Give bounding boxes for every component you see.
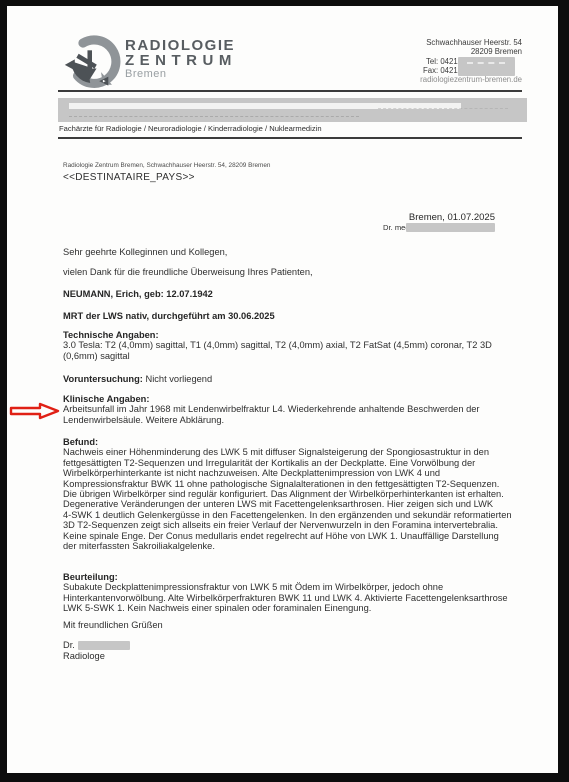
section-assessment: Beurteilung: Subakute Deckplattenimpress… xyxy=(63,572,523,614)
clinic-logo-icon xyxy=(63,34,121,92)
clinic-name-line1: RADIOLOGIE xyxy=(125,38,237,53)
closing-line: Mit freundlichen Grüßen xyxy=(63,620,163,630)
sender-return-address: Radiologie Zentrum Bremen, Schwachhauser… xyxy=(63,162,270,169)
header-rule-top xyxy=(58,90,522,92)
clinic-city: Bremen xyxy=(125,68,237,80)
section-technical-heading: Technische Angaben: xyxy=(63,330,515,340)
section-clinical-heading: Klinische Angaben: xyxy=(63,394,515,404)
section-assessment-body: Subakute Deckplattenimpressionsfraktur v… xyxy=(63,582,523,613)
section-prior-exam-heading: Voruntersuchung: xyxy=(63,374,143,384)
specialists-line: Fachärzte für Radiologie / Neuroradiolog… xyxy=(59,124,322,133)
section-findings-heading: Befund: xyxy=(63,437,523,447)
patient-line: NEUMANN, Erich, geb: 12.07.1942 xyxy=(63,289,213,299)
section-findings-body: Nachweis einer Höhenminderung des LWK 5 … xyxy=(63,447,523,551)
signature-prefix: Dr. xyxy=(63,640,75,650)
section-technical-body: 3.0 Tesla: T2 (4,0mm) sagittal, T1 (4,0m… xyxy=(63,340,515,361)
section-clinical-body: Arbeitsunfall im Jahr 1968 mit Lendenwir… xyxy=(63,404,515,425)
clinic-wordmark: RADIOLOGIE ZENTRUM Bremen xyxy=(125,38,237,80)
section-findings: Befund: Nachweis einer Höhenminderung de… xyxy=(63,437,523,551)
section-clinical: Klinische Angaben: Arbeitsunfall im Jahr… xyxy=(63,394,515,425)
clinic-name-line2: ZENTRUM xyxy=(125,53,237,68)
address-city: 28209 Bremen xyxy=(327,47,522,56)
thanks-line: vielen Dank für die freundliche Überweis… xyxy=(63,267,313,277)
phone-number-redaction xyxy=(458,57,515,76)
section-technical: Technische Angaben: 3.0 Tesla: T2 (4,0mm… xyxy=(63,330,515,361)
section-prior-exam-value: Nicht vorliegend xyxy=(145,374,212,384)
salutation: Sehr geehrte Kolleginnen und Kollegen, xyxy=(63,247,227,257)
date-line: Bremen, 01.07.2025 xyxy=(295,212,495,223)
section-prior-exam: Voruntersuchung: Nicht vorliegend xyxy=(63,374,212,384)
letter-page: RADIOLOGIE ZENTRUM Bremen Schwachhauser … xyxy=(7,6,558,773)
recipient-placeholder: <<DESTINATAIRE_PAYS>> xyxy=(63,172,195,183)
doctor-name-redaction xyxy=(406,223,495,232)
clinic-website: radiologiezentrum-bremen.de xyxy=(327,75,522,84)
header-rule-bottom xyxy=(58,137,522,139)
doctor-names-redaction-band xyxy=(58,98,527,122)
signature-name-redaction xyxy=(78,641,130,650)
exam-line: MRT der LWS nativ, durchgeführt am 30.06… xyxy=(63,311,275,321)
address-street: Schwachhauser Heerstr. 54 xyxy=(327,38,522,47)
section-assessment-heading: Beurteilung: xyxy=(63,572,523,582)
scanned-letter-frame: RADIOLOGIE ZENTRUM Bremen Schwachhauser … xyxy=(0,0,569,782)
signature-role: Radiologe xyxy=(63,651,105,661)
red-arrow-annotation xyxy=(9,402,61,420)
